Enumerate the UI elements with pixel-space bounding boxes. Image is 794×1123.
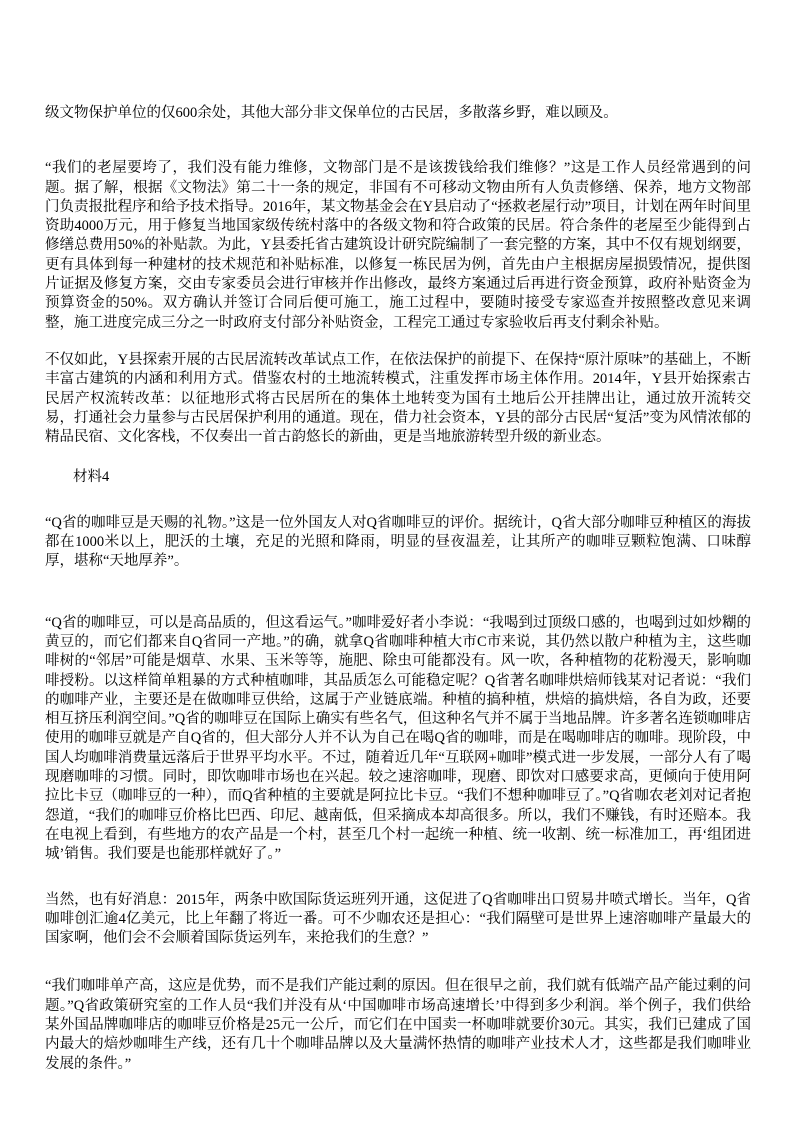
paragraph-continued-from-previous-page: 级文物保护单位的仅600余处，其他大部分非文保单位的古民居，多散落乡野，难以顾及… [45,104,751,123]
paragraph-coffee-quality: “Q省的咖啡豆，可以是高品质的，但这看运气。”咖啡爱好者小李说：“我喝到过顶级口… [45,614,751,865]
paragraph-coffee-gift: “Q省的咖啡豆是天赐的礼物。”这是一位外国友人对Q省咖啡豆的评价。据统计，Q省大… [45,514,751,572]
material-4-heading: 材料4 [45,468,751,487]
paragraph-freight-train-news: 当然，也有好消息：2015年，两条中欧国际货运班列开通，这促进了Q省咖啡出口贸易… [45,891,751,949]
paragraph-ancient-dwelling-reform: 不仅如此，Y县探索开展的古民居流转改革试点工作，在依法保护的前提下、在保持“原汁… [45,351,751,447]
paragraph-policy-researcher: “我们咖啡单产高，这应是优势，而不是我们产能过剩的原因。但在很早之前，我们就有低… [45,977,751,1073]
paragraph-old-house-repair: “我们的老屋要垮了，我们没有能力维修，文物部门是不是该拨钱给我们维修？”这是工作… [45,159,751,333]
document-page: 级文物保护单位的仅600余处，其他大部分非文保单位的古民居，多散落乡野，难以顾及… [0,0,794,1123]
document-text-block: 级文物保护单位的仅600余处，其他大部分非文保单位的古民居，多散落乡野，难以顾及… [45,104,751,1074]
